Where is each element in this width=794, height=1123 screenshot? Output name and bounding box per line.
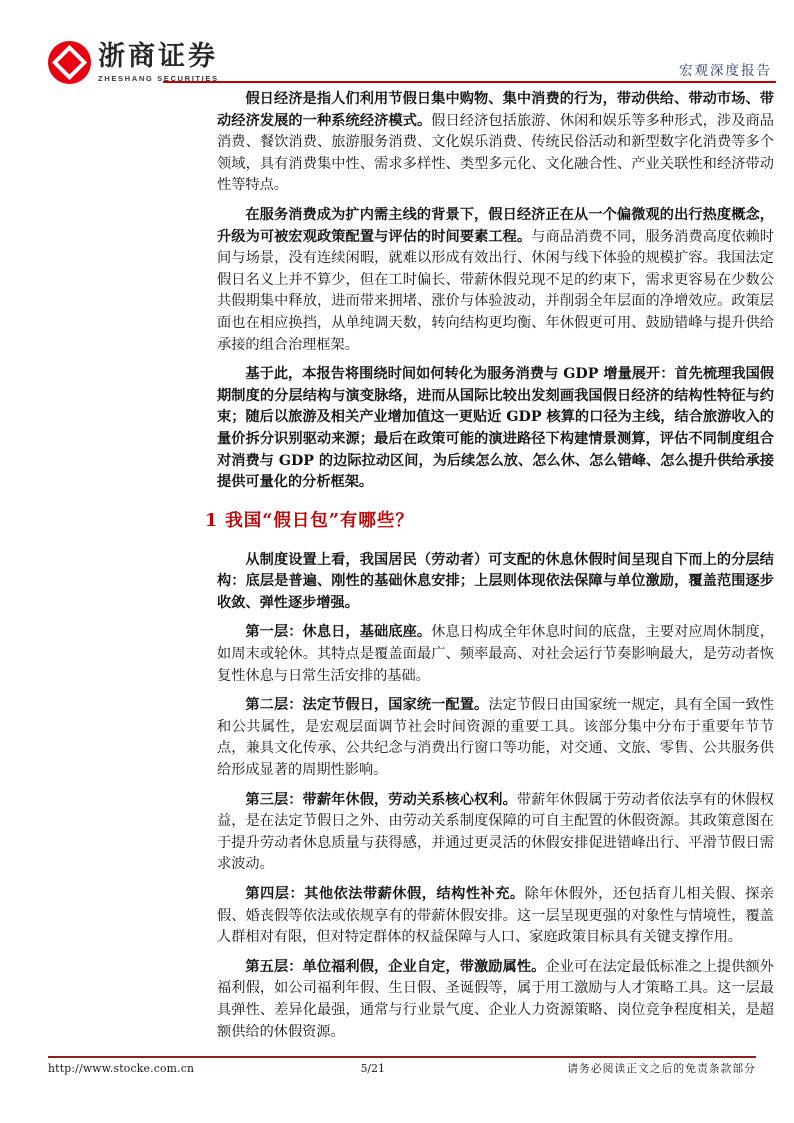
paragraph-report-roadmap: 基于此，本报告将围绕时间如何转化为服务消费与 GDP 增量展开：首先梳理我国假期…: [217, 364, 774, 494]
logo-diamond-shape: [52, 45, 87, 80]
paragraph-bold-lead: 第二层：法定节假日，国家统一配置。: [245, 697, 488, 713]
report-type-label: 宏观深度报告: [679, 59, 772, 79]
paragraph-layer-4-other-paid-leave: 第四层：其他依法带薪休假，结构性补充。除年休假外，还包括育儿相关假、探亲假、婚丧…: [217, 884, 774, 949]
header-rule: [163, 81, 776, 83]
paragraph-layer-1-rest-days: 第一层：休息日，基础底座。休息日构成全年休息时间的底盘，主要对应周休制度，如周末…: [217, 622, 774, 687]
logo-cn-text: 浙商证券: [98, 41, 219, 71]
page-number: 5/21: [361, 1062, 385, 1075]
report-body: 假日经济是指人们利用节假日集中购物、集中消费的行为，带动供给、带动市场、带动经济…: [217, 89, 774, 1051]
paragraph-bold-lead: 第四层：其他依法带薪休假，结构性补充。: [245, 886, 524, 902]
zheshang-logo-icon: [48, 41, 91, 84]
footer-url: http://www.stocke.com.cn: [48, 1062, 194, 1075]
footer-rule: [48, 1056, 756, 1058]
paragraph-bold-lead: 第三层：带薪年休假，劳动关系核心权利。: [245, 792, 517, 808]
footer-row: http://www.stocke.com.cn 5/21 请务必阅读正文之后的…: [48, 1061, 756, 1076]
footer-disclaimer: 请务必阅读正文之后的免责条款部分: [567, 1061, 756, 1076]
logo-text-block: 浙商证券 ZHESHANG SECURITIES: [98, 41, 219, 83]
zheshang-logo: 浙商证券 ZHESHANG SECURITIES: [48, 41, 219, 84]
paragraph-layer-overview: 从制度设置上看，我国居民（劳动者）可支配的休息休假时间呈现自下而上的分层结构：底…: [217, 550, 774, 615]
paragraph-service-consumption-background: 在服务消费成为扩内需主线的背景下，假日经济正在从一个偏微观的出行热度概念，升级为…: [217, 205, 774, 356]
report-page: 浙商证券 ZHESHANG SECURITIES 宏观深度报告 假日经济是指人们…: [0, 0, 794, 1123]
paragraph-bold-lead: 基于此，本报告将围绕时间如何转化为服务消费与 GDP 增量展开：首先梳理我国假期…: [217, 366, 774, 490]
paragraph-bold-lead: 从制度设置上看，我国居民（劳动者）可支配的休息休假时间呈现自下而上的分层结构：底…: [217, 552, 774, 611]
paragraph-layer-5-company-welfare-leave: 第五层：单位福利假，企业自定，带激励属性。企业可在法定最低标准之上提供额外福利假…: [217, 957, 774, 1043]
paragraph-layer-3-paid-annual-leave: 第三层：带薪年休假，劳动关系核心权利。带薪年休假属于劳动者依法享有的休假权益，是…: [217, 790, 774, 876]
paragraph-bold-lead: 第一层：休息日，基础底座。: [245, 624, 431, 640]
paragraph-bold-lead: 第五层：单位福利假，企业自定，带激励属性。: [245, 959, 545, 975]
paragraph-holiday-economy-definition: 假日经济是指人们利用节假日集中购物、集中消费的行为，带动供给、带动市场、带动经济…: [217, 89, 774, 197]
paragraph-regular-text: 与商品消费不同，服务消费高度依赖时间与场景，没有连续闲暇，就难以形成有效出行、休…: [217, 229, 774, 353]
paragraph-layer-2-statutory-holidays: 第二层：法定节假日，国家统一配置。法定节假日由国家统一规定，具有全国一致性和公共…: [217, 695, 774, 781]
section-1-heading: 1 我国“假日包”有哪些？: [205, 509, 774, 533]
